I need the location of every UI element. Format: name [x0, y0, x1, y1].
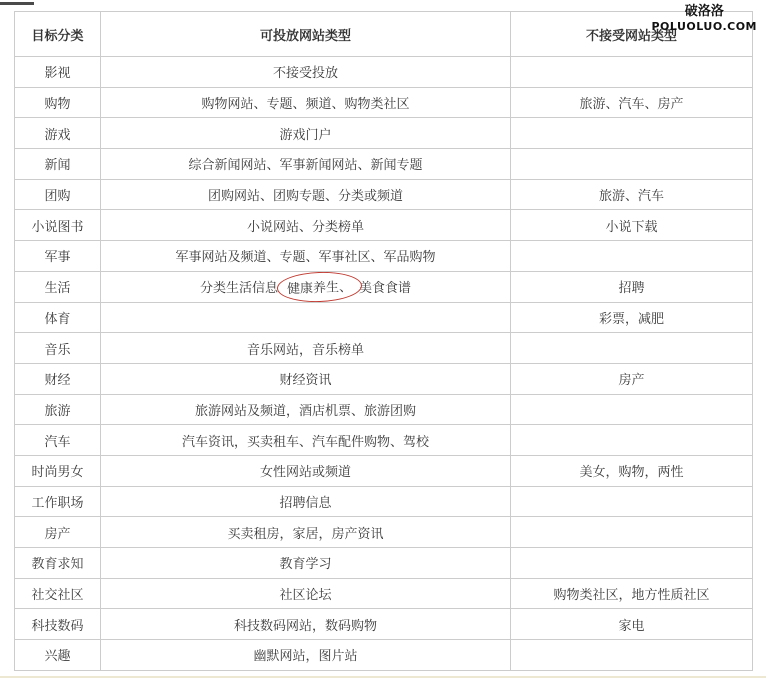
allowed-cell: 团购网站、团购专题、分类或频道	[101, 179, 511, 210]
table-row: 体育彩票，减肥	[15, 302, 753, 333]
allowed-cell: 旅游网站及频道，酒店机票、旅游团购	[101, 394, 511, 425]
red-circle-annotation: 健康养生、	[276, 271, 362, 302]
table-row: 科技数码科技数码网站，数码购物家电	[15, 609, 753, 640]
rejected-cell: 招聘	[511, 271, 753, 302]
category-cell: 科技数码	[15, 609, 101, 640]
allowed-cell	[101, 302, 511, 333]
category-cell: 军事	[15, 241, 101, 272]
header-allowed: 可投放网站类型	[101, 12, 511, 57]
rejected-cell: 旅游、汽车	[511, 179, 753, 210]
rejected-cell	[511, 640, 753, 671]
rejected-cell	[511, 425, 753, 456]
table-row: 小说图书小说网站、分类榜单小说下载	[15, 210, 753, 241]
table-row: 旅游旅游网站及频道，酒店机票、旅游团购	[15, 394, 753, 425]
allowed-cell: 买卖租房，家居，房产资讯	[101, 517, 511, 548]
rejected-cell	[511, 486, 753, 517]
rejected-cell	[511, 118, 753, 149]
table-row: 教育求知教育学习	[15, 548, 753, 579]
rejected-cell	[511, 241, 753, 272]
allowed-cell: 女性网站或频道	[101, 455, 511, 486]
table-row: 兴趣幽默网站，图片站	[15, 640, 753, 671]
category-cell: 时尚男女	[15, 455, 101, 486]
bottom-divider	[0, 676, 766, 678]
table-row: 房产买卖租房，家居，房产资讯	[15, 517, 753, 548]
allowed-cell: 汽车资讯，买卖租车、汽车配件购物、驾校	[101, 425, 511, 456]
rejected-cell	[511, 149, 753, 180]
category-cell: 工作职场	[15, 486, 101, 517]
category-cell: 财经	[15, 363, 101, 394]
rejected-cell	[511, 394, 753, 425]
allowed-cell: 分类生活信息健康养生、美食食谱	[101, 271, 511, 302]
category-cell: 团购	[15, 179, 101, 210]
category-cell: 体育	[15, 302, 101, 333]
rejected-cell	[511, 517, 753, 548]
targeting-table: 目标分类 可投放网站类型 不接受网站类型 影视不接受投放购物购物网站、专题、频道…	[14, 11, 753, 671]
table-row: 社交社区社区论坛购物类社区，地方性质社区	[15, 578, 753, 609]
table-row: 团购团购网站、团购专题、分类或频道旅游、汽车	[15, 179, 753, 210]
targeting-table-wrap: 目标分类 可投放网站类型 不接受网站类型 影视不接受投放购物购物网站、专题、频道…	[14, 11, 753, 671]
rejected-cell: 旅游、汽车、房产	[511, 87, 753, 118]
table-row: 汽车汽车资讯，买卖租车、汽车配件购物、驾校	[15, 425, 753, 456]
allowed-cell: 综合新闻网站、军事新闻网站、新闻专题	[101, 149, 511, 180]
category-cell: 社交社区	[15, 578, 101, 609]
allowed-cell: 财经资讯	[101, 363, 511, 394]
category-cell: 生活	[15, 271, 101, 302]
allowed-cell: 小说网站、分类榜单	[101, 210, 511, 241]
header-category: 目标分类	[15, 12, 101, 57]
rejected-cell: 购物类社区，地方性质社区	[511, 578, 753, 609]
category-cell: 新闻	[15, 149, 101, 180]
category-cell: 购物	[15, 87, 101, 118]
allowed-cell: 教育学习	[101, 548, 511, 579]
allowed-cell: 幽默网站，图片站	[101, 640, 511, 671]
category-cell: 旅游	[15, 394, 101, 425]
watermark-domain: POLUOLUO.COM	[651, 20, 757, 34]
rejected-cell	[511, 548, 753, 579]
table-body: 影视不接受投放购物购物网站、专题、频道、购物类社区旅游、汽车、房产游戏游戏门户新…	[15, 57, 753, 671]
rejected-cell: 小说下载	[511, 210, 753, 241]
category-cell: 兴趣	[15, 640, 101, 671]
rejected-cell: 彩票，减肥	[511, 302, 753, 333]
table-row: 工作职场招聘信息	[15, 486, 753, 517]
allowed-cell: 不接受投放	[101, 57, 511, 88]
category-cell: 影视	[15, 57, 101, 88]
table-row: 游戏游戏门户	[15, 118, 753, 149]
allowed-cell: 购物网站、专题、频道、购物类社区	[101, 87, 511, 118]
category-cell: 汽车	[15, 425, 101, 456]
rejected-cell	[511, 333, 753, 364]
allowed-cell: 招聘信息	[101, 486, 511, 517]
rejected-cell: 美女，购物，两性	[511, 455, 753, 486]
rejected-cell	[511, 57, 753, 88]
watermark-cn: 破洛洛	[685, 4, 724, 20]
category-cell: 教育求知	[15, 548, 101, 579]
rejected-cell: 房产	[511, 363, 753, 394]
watermark: 破洛洛 POLUOLUO.COM	[651, 4, 757, 34]
top-edge-artifact	[0, 2, 34, 5]
table-row: 时尚男女女性网站或频道美女，购物，两性	[15, 455, 753, 486]
table-row: 生活分类生活信息健康养生、美食食谱招聘	[15, 271, 753, 302]
table-row: 影视不接受投放	[15, 57, 753, 88]
table-row: 新闻综合新闻网站、军事新闻网站、新闻专题	[15, 149, 753, 180]
header-row: 目标分类 可投放网站类型 不接受网站类型	[15, 12, 753, 57]
table-row: 音乐音乐网站，音乐榜单	[15, 333, 753, 364]
table-row: 购物购物网站、专题、频道、购物类社区旅游、汽车、房产	[15, 87, 753, 118]
allowed-cell: 军事网站及频道、专题、军事社区、军品购物	[101, 241, 511, 272]
allowed-cell: 科技数码网站，数码购物	[101, 609, 511, 640]
allowed-cell: 游戏门户	[101, 118, 511, 149]
allowed-cell: 社区论坛	[101, 578, 511, 609]
category-cell: 音乐	[15, 333, 101, 364]
category-cell: 房产	[15, 517, 101, 548]
rejected-cell: 家电	[511, 609, 753, 640]
category-cell: 小说图书	[15, 210, 101, 241]
table-row: 财经财经资讯房产	[15, 363, 753, 394]
category-cell: 游戏	[15, 118, 101, 149]
table-row: 军事军事网站及频道、专题、军事社区、军品购物	[15, 241, 753, 272]
allowed-cell: 音乐网站，音乐榜单	[101, 333, 511, 364]
